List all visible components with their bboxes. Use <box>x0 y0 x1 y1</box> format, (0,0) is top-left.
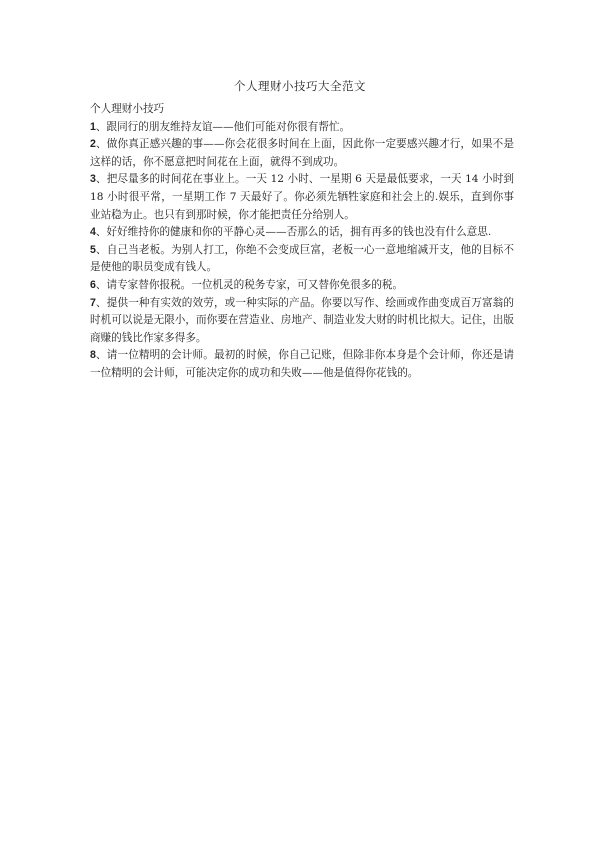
tip-item-1: 1、跟同行的朋友维持友谊——他们可能对你很有帮忙。 <box>90 119 514 137</box>
document-page: 个人理财小技巧大全范文 个人理财小技巧 1、跟同行的朋友维持友谊——他们可能对你… <box>0 0 600 848</box>
tip-item-4: 4、好好维持你的健康和你的平静心灵——否那么的话，拥有再多的钱也没有什么意思. <box>90 224 514 242</box>
tip-item-6: 6、请专家替你报税。一位机灵的税务专家，可又替你免很多的税。 <box>90 277 514 295</box>
item-text: 、自己当老板。为别人打工，你绝不会变成巨富，老板一心一意地缩减开支，他的目标不是… <box>90 244 514 274</box>
item-text: 、好好维持你的健康和你的平静心灵——否那么的话，拥有再多的钱也没有什么意思. <box>96 226 491 238</box>
tip-item-2: 2、做你真正感兴趣的事——你会花很多时间在上面，因此你一定要感兴趣才行，如果不是… <box>90 136 514 171</box>
document-title: 个人理财小技巧大全范文 <box>0 78 600 94</box>
item-text: 、把尽量多的时间花在事业上。一天 12 小时、一星期 6 天是最低要求，一天 1… <box>90 173 514 220</box>
document-body: 个人理财小技巧 1、跟同行的朋友维持友谊——他们可能对你很有帮忙。 2、做你真正… <box>90 101 514 383</box>
section-heading: 个人理财小技巧 <box>90 101 514 119</box>
item-text: 、提供一种有实效的效劳，或一种实际的产品。你要以写作、绘画或作曲变成百万富翁的时… <box>90 297 514 344</box>
tip-item-7: 7、提供一种有实效的效劳，或一种实际的产品。你要以写作、绘画或作曲变成百万富翁的… <box>90 295 514 348</box>
tip-item-5: 5、自己当老板。为别人打工，你绝不会变成巨富，老板一心一意地缩减开支，他的目标不… <box>90 242 514 277</box>
tip-item-3: 3、把尽量多的时间花在事业上。一天 12 小时、一星期 6 天是最低要求，一天 … <box>90 171 514 224</box>
item-text: 、跟同行的朋友维持友谊——他们可能对你很有帮忙。 <box>96 121 350 133</box>
item-text: 、请专家替你报税。一位机灵的税务专家，可又替你免很多的税。 <box>96 279 403 291</box>
item-text: 、请一位精明的会计师。最初的时候，你自己记账，但除非你本身是个会计师，你还是请一… <box>90 349 514 379</box>
tip-item-8: 8、请一位精明的会计师。最初的时候，你自己记账，但除非你本身是个会计师，你还是请… <box>90 347 514 382</box>
item-text: 、做你真正感兴趣的事——你会花很多时间在上面，因此你一定要感兴趣才行，如果不是这… <box>90 138 514 168</box>
